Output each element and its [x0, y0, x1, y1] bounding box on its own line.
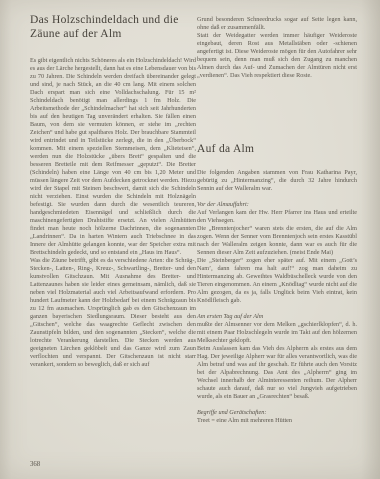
right-paragraph-steinberger: Die „Steinberger“ zogen eher später auf.… — [197, 257, 357, 305]
subheading-erster-tag: Am ersten Tag auf der Alm — [197, 313, 357, 321]
right-paragraph-continuation: Grund besonderen Schneedrucks sogar auf … — [197, 16, 357, 32]
right-paragraph-alpherr: Beim Auslassen kam das Vieh des Alpherrn… — [197, 345, 357, 401]
left-paragraph-shingles: Es gibt eigentlich nichts Schöneres als … — [30, 57, 196, 257]
right-paragraph-cattle-grids: Statt der Weidegatter werden immer häufi… — [197, 32, 357, 80]
book-page: Das Holzschindeldach und die Zäune auf d… — [0, 0, 380, 479]
right-paragraph-melken: mußte der Almsenner vor dem Melken „gsch… — [197, 321, 357, 345]
subheading-begriffe: Begriffe und Gerätschaften: — [197, 409, 357, 417]
right-paragraph-brenntenjocher: Die „Brenntenjocher“ waren stets die ers… — [197, 225, 357, 257]
left-paragraph-fences: Was die Zäune betrifft, gibt es da versc… — [30, 257, 196, 369]
right-paragraph-viehsegen: Auf Verlangen kam der Hw. Herr Pfarrer i… — [197, 209, 357, 225]
right-paragraph-intro: Die folgenden Angaben stammen von Frau K… — [197, 169, 357, 193]
left-column: Das Holzschindeldach und die Zäune auf d… — [30, 14, 196, 369]
article-title-line2: Zäune auf der Alm — [30, 28, 122, 40]
right-column: Grund besonderen Schneedrucks sogar auf … — [197, 16, 357, 425]
subheading-vor-der-almauffahrt: Vor der Almauffahrt: — [197, 201, 357, 209]
section-heading-auf-da-alm: Auf da Alm — [197, 143, 357, 156]
right-paragraph-treet: Treet = eine Alm mit mehreren Hütten — [197, 417, 357, 425]
article-title-line1: Das Holzschindeldach und die — [30, 14, 179, 26]
article-title: Das Holzschindeldach und die Zäune auf d… — [30, 14, 196, 41]
page-number: 368 — [30, 461, 40, 468]
